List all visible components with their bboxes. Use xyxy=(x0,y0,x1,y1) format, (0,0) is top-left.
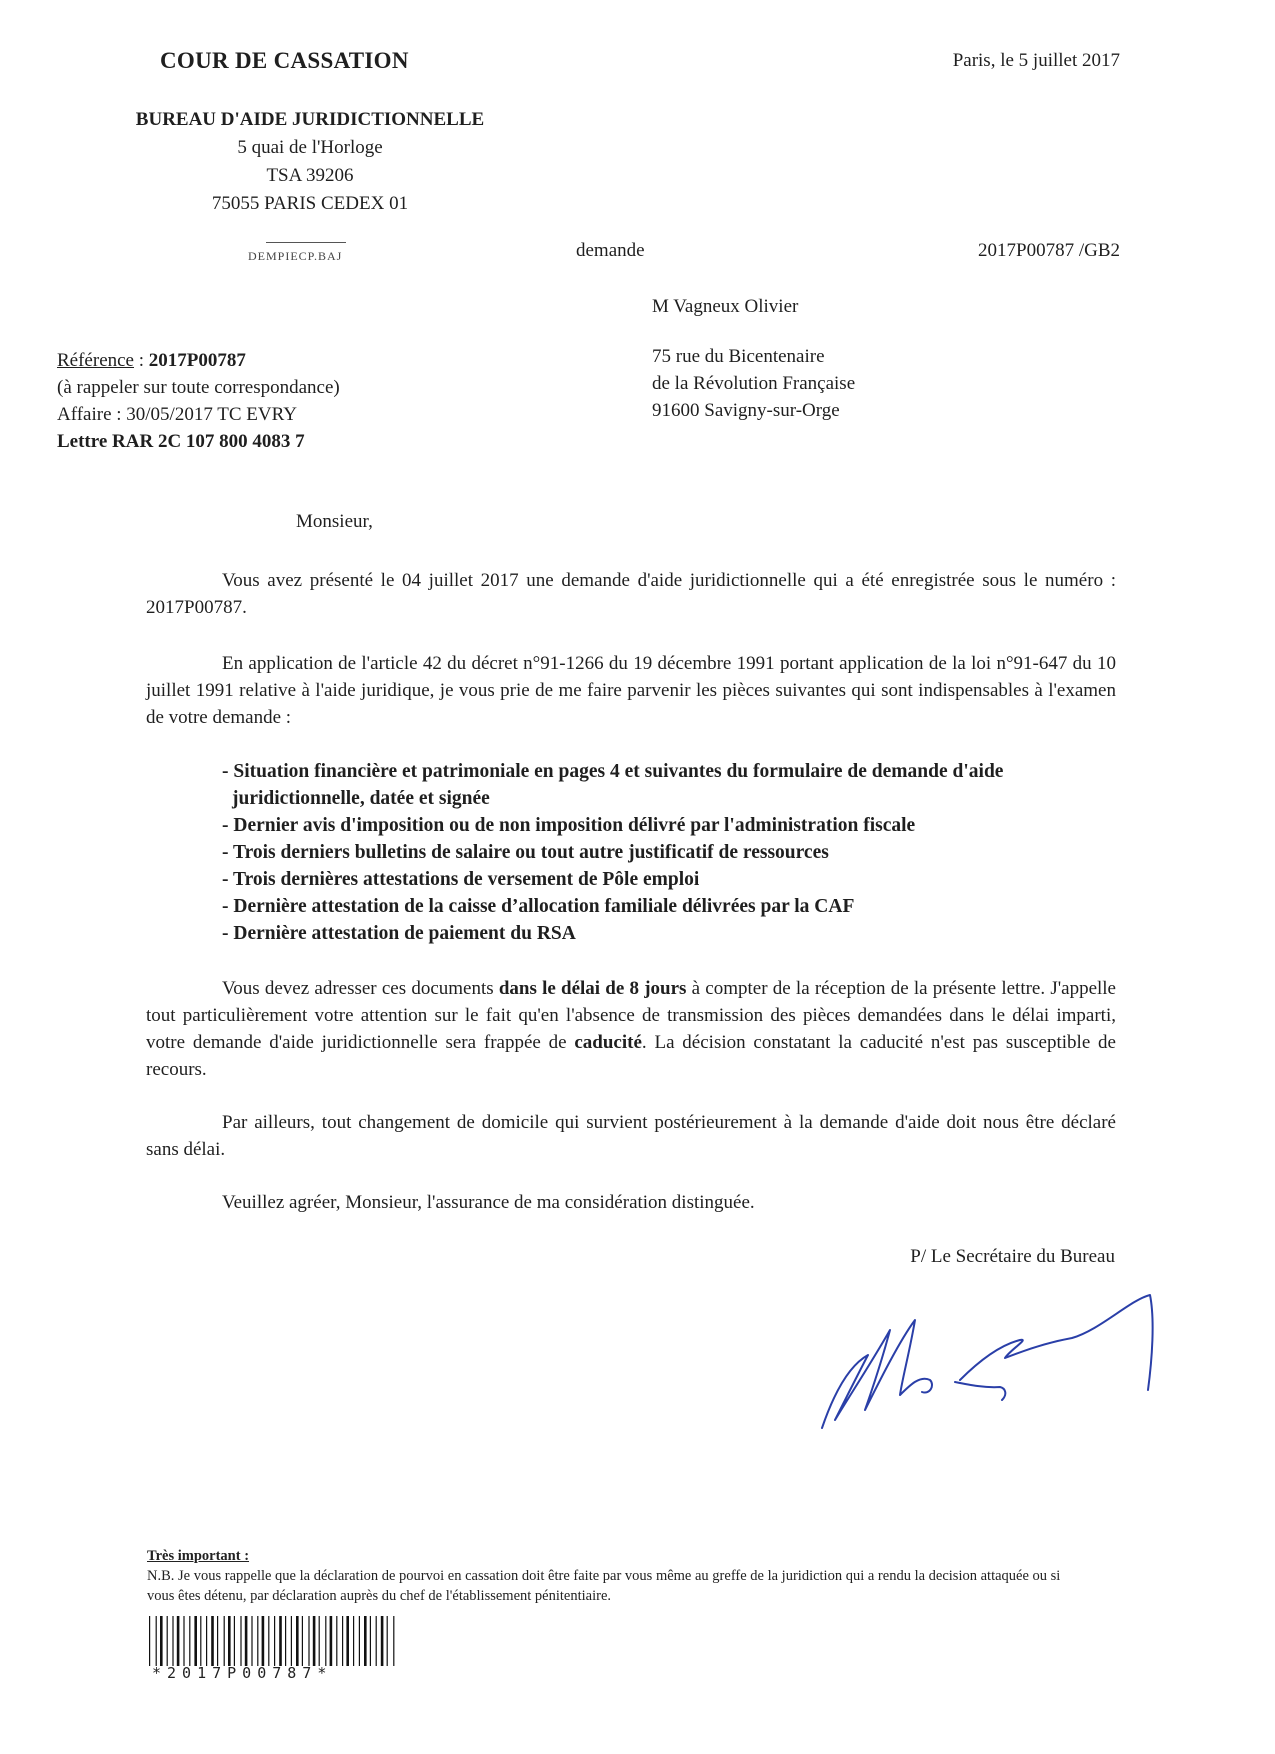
handwritten-signature xyxy=(810,1270,1160,1430)
registered-letter-number: Lettre RAR 2C 107 800 4083 7 xyxy=(57,428,340,455)
reference-number: 2017P00787 xyxy=(149,350,246,371)
paragraph-request-registered: Vous avez présenté le 04 juillet 2017 un… xyxy=(146,567,1116,621)
recipient-address-line: 91600 Savigny-sur-Orge xyxy=(652,397,855,424)
address-line: 5 quai de l'Horloge xyxy=(60,134,560,162)
paragraph-deadline: Vous devez adresser ces documents dans l… xyxy=(146,975,1116,1083)
service-code: DEMPIECP.BAJ xyxy=(248,249,342,264)
note-title: Très important : xyxy=(147,1546,1087,1566)
caducite-emphasis: caducité xyxy=(574,1032,642,1053)
list-item: - Trois derniers bulletins de salaire ou… xyxy=(222,839,1122,866)
list-item: - Dernière attestation de la caisse d’al… xyxy=(222,893,1122,920)
salutation: Monsieur, xyxy=(296,511,373,533)
separator-line xyxy=(266,242,346,243)
reference-line: Référence : 2017P00787 xyxy=(57,347,340,374)
required-documents-list: - Situation financière et patrimoniale e… xyxy=(222,758,1122,947)
recipient-address-line: de la Révolution Française xyxy=(652,370,855,397)
letter-date: Paris, le 5 juillet 2017 xyxy=(953,50,1120,72)
list-item: - Situation financière et patrimoniale e… xyxy=(222,758,1122,785)
barcode-text: *2017P00787* xyxy=(152,1664,332,1682)
paragraph-legal-basis: En application de l'article 42 du décret… xyxy=(146,650,1116,731)
barcode xyxy=(149,1616,399,1666)
reference-block: Référence : 2017P00787 (à rappeler sur t… xyxy=(57,347,340,455)
reference-reminder: (à rappeler sur toute correspondance) xyxy=(57,374,340,401)
bureau-name: BUREAU D'AIDE JURIDICTIONNELLE xyxy=(60,106,560,134)
dossier-code: 2017P00787 /GB2 xyxy=(978,240,1120,262)
affaire: Affaire : 30/05/2017 TC EVRY xyxy=(57,401,340,428)
deadline-emphasis: dans le délai de 8 jours xyxy=(499,978,687,999)
reference-label: Référence xyxy=(57,350,134,371)
important-note: Très important : N.B. Je vous rappelle q… xyxy=(147,1546,1087,1606)
list-item-continuation: juridictionnelle, datée et signée xyxy=(222,785,1122,812)
recipient-block: M Vagneux Olivier 75 rue du Bicentenaire… xyxy=(652,293,855,424)
address-line: 75055 PARIS CEDEX 01 xyxy=(60,190,560,218)
address-line: TSA 39206 xyxy=(60,162,560,190)
note-text: N.B. Je vous rappelle que la déclaration… xyxy=(147,1566,1087,1606)
list-item: - Dernier avis d'imposition ou de non im… xyxy=(222,812,1122,839)
signer-title: P/ Le Secrétaire du Bureau xyxy=(910,1246,1115,1268)
recipient-address-line: 75 rue du Bicentenaire xyxy=(652,343,855,370)
paragraph-address-change: Par ailleurs, tout changement de domicil… xyxy=(146,1109,1116,1163)
court-name: COUR DE CASSATION xyxy=(160,48,409,74)
list-item: - Trois dernières attestations de versem… xyxy=(222,866,1122,893)
list-item: - Dernière attestation de paiement du RS… xyxy=(222,920,1122,947)
bureau-address-block: BUREAU D'AIDE JURIDICTIONNELLE 5 quai de… xyxy=(60,106,560,218)
subject: demande xyxy=(576,240,645,262)
recipient-name: M Vagneux Olivier xyxy=(652,293,855,320)
closing-formula: Veuillez agréer, Monsieur, l'assurance d… xyxy=(222,1192,755,1214)
